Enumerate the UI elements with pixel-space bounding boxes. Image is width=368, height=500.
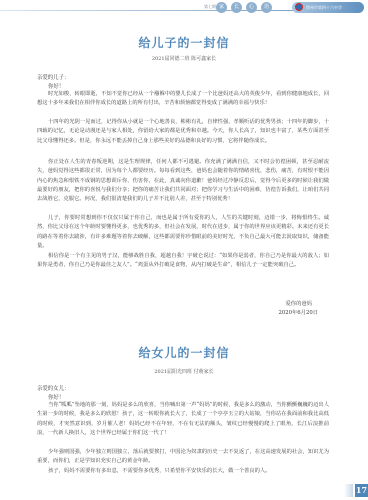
- issue-label: 第七期: [204, 4, 216, 10]
- letter2-paragraph: 少年强则国强，少年独立则国独立，落后就要挨打，中国沦为奴隶的历史一去不复返了，在…: [37, 448, 329, 467]
- letter2-paragraph: 孩子，妈妈不需要你有多出息，不需要你多优秀，只希望你平安快乐的长大，做一个善良的…: [37, 467, 329, 476]
- page-header: 第七期 家 长 心 语 徐州市第四十六中学: [0, 0, 368, 16]
- letter1-byline: 2021届同德二班 陈可鑫家长: [0, 55, 368, 62]
- letter1-paragraph: 儿子，你要时常想到你不仅仅只属于你自己，而也是属于所有爱你的人，人生的关键时刻，…: [37, 214, 329, 251]
- letter1-paragraph: 时光如梭，转眼即逝，不知不觉你已经从一个襁褓中的婴儿长成了一个比爸妈还高大的英俊…: [37, 90, 329, 109]
- letter1-date: 2020年6月20日: [279, 308, 318, 316]
- letter1-title: 给儿子的一封信: [0, 34, 368, 51]
- letter2-byline: 2021届阳光四班 付萌家长: [0, 368, 368, 375]
- page-number: 17: [355, 484, 368, 497]
- letter1-signature: 爱你的爸妈: [286, 299, 313, 307]
- page-tab: [344, 484, 353, 497]
- school-name: 徐州市第四十六中学: [306, 5, 342, 10]
- letter1-paragraph: 相信你是一个有主见的男子汉，能够战胜自我，超越自我！宇破仑说过：“如果你是弱者，…: [37, 252, 329, 271]
- letter1-paragraph: 十四年的光阴一晃而过，记得你从小就是一个心地善良，彬彬有礼，自律性强，孝顺听话的…: [37, 118, 329, 146]
- section-badge: 语: [261, 2, 272, 13]
- section-badge: 家: [216, 2, 227, 13]
- letter2-salutation: 亲爱的女儿：: [37, 384, 69, 392]
- letter2-greeting: 你好！: [48, 393, 64, 401]
- letter1-greeting: 你好！: [48, 82, 64, 90]
- section-badge: 长: [231, 2, 242, 13]
- letter2-title: 给女儿的一封信: [0, 344, 368, 361]
- letter1-paragraph: 你正处在人生的青春叛逆期，这是生理规律，任何人都不可逃避。你充满了满满自信，又不…: [37, 158, 329, 204]
- school-brand: 徐州市第四十六中学: [292, 2, 364, 13]
- section-badge: 心: [246, 2, 257, 13]
- letter1-salutation: 亲爱的儿子：: [37, 73, 69, 81]
- school-logo-icon: [295, 3, 303, 11]
- section-badges: 家 长 心 语: [216, 2, 272, 13]
- letter2-paragraph: 当你“呱呱”坠地的那一刻，妈妈是多么的欣喜，当你喊出第一声“妈妈”的时候，我是多…: [37, 401, 329, 438]
